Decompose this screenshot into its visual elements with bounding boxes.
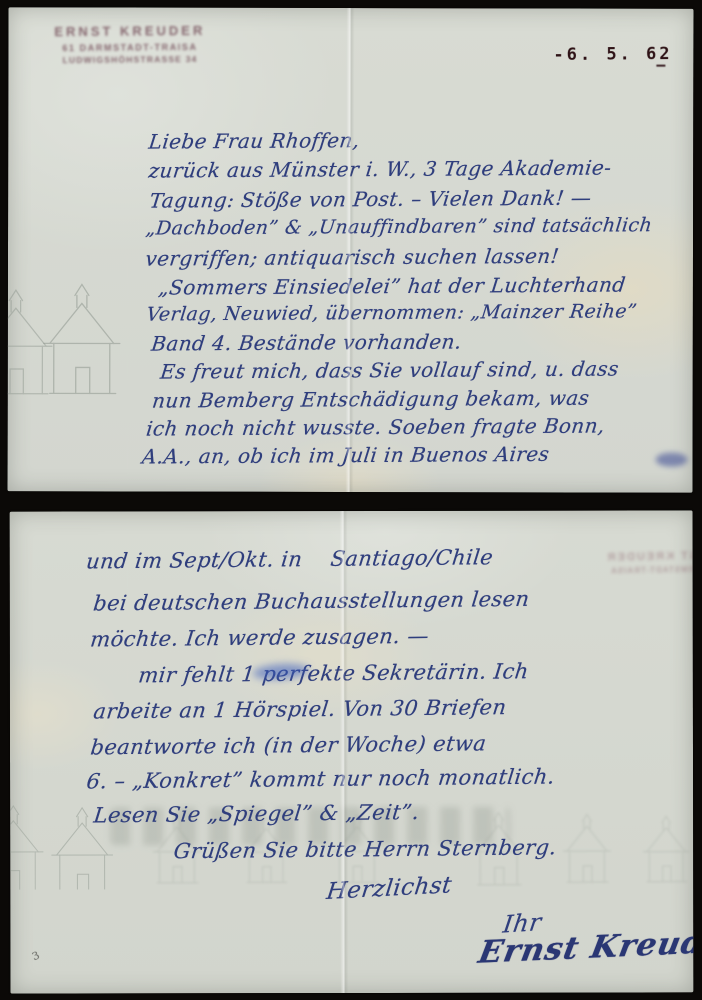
- handwriting-line: „Sommers Einsiedelei” hat der Luchterhan…: [157, 273, 627, 300]
- letter-page-1: ERNST KREUDER 61 DARMSTADT-TRAISA LUDWIG…: [7, 7, 693, 492]
- house-doodles-page1: [7, 277, 171, 407]
- letter-page-2: ERNST KREUDER 61 DARMSTADT-TRAISA und im…: [10, 510, 694, 993]
- handwriting-line: mir fehlt 1 perfekte Sekretärin. Ich: [137, 659, 530, 687]
- showthrough-name: ERNST KREUDER: [606, 549, 694, 563]
- handwriting-line: möchte. Ich werde zusagen. —: [89, 624, 430, 652]
- handwriting-line: und im Sept/Okt. in Santiago/Chile: [85, 545, 495, 573]
- showthrough-letterhead-stamp: ERNST KREUDER 61 DARMSTADT-TRAISA: [606, 549, 694, 575]
- ink-smudge: [656, 453, 688, 467]
- handwriting-line: Lesen Sie „Spiegel” & „Zeit”.: [92, 800, 420, 827]
- handwriting-line: ich noch nicht wusste. Soeben fragte Bon…: [145, 414, 606, 441]
- handwriting-line: beantworte ich (in der Woche) etwa: [89, 731, 487, 759]
- handwriting-line: Es freut mich, dass Sie vollauf sind, u.…: [159, 357, 620, 384]
- handwriting-line: vergriffen; antiquarisch suchen lassen!: [144, 244, 560, 271]
- letterhead-stamp: ERNST KREUDER 61 DARMSTADT-TRAISA LUDWIG…: [54, 23, 205, 65]
- letterhead-address-2: LUDWIGSHÖHSTRASSE 34: [55, 54, 206, 65]
- handwriting-line: Band 4. Bestände vorhanden.: [150, 330, 463, 356]
- letterhead-address-1: 61 DARMSTADT-TRAISA: [54, 42, 205, 53]
- handwriting-line: „Dachboden” & „Unauffindbaren” sind tats…: [145, 214, 654, 239]
- handwriting-line: Liebe Frau Rhoffen,: [147, 128, 361, 153]
- handwriting-line: A.A., an, ob ich im Juli in Buenos Aires: [141, 442, 551, 469]
- handwriting-line: nun Bemberg Entschädigung bekam, was: [151, 386, 591, 413]
- handwriting-line: bei deutschen Buchausstellungen lesen: [92, 587, 531, 616]
- date-stamp: -6. 5. 62: [553, 44, 672, 65]
- handwriting-line: Grüßen Sie bitte Herrn Sternberg.: [172, 835, 557, 863]
- handwriting-line: Verlag, Neuwied, übernommen: „Mainzer Re…: [145, 300, 638, 325]
- closing-word: Herzlichst: [325, 872, 453, 905]
- handwriting-line: 6. – „Konkret” kommt nur noch monatlich.: [85, 765, 556, 794]
- handwriting-line: arbeite an 1 Hörspiel. Von 30 Briefen: [92, 695, 508, 723]
- corner-pencil-mark: 3: [30, 949, 42, 964]
- handwriting-line: zurück aus Münster i. W., 3 Tage Akademi…: [147, 156, 612, 183]
- handwriting-line: Tagung: Stöße von Post. – Vielen Dank! —: [148, 186, 593, 213]
- letterhead-name: ERNST KREUDER: [54, 23, 205, 39]
- date-stamp-mark: [656, 65, 665, 67]
- showthrough-address: 61 DARMSTADT-TRAISA: [606, 564, 693, 575]
